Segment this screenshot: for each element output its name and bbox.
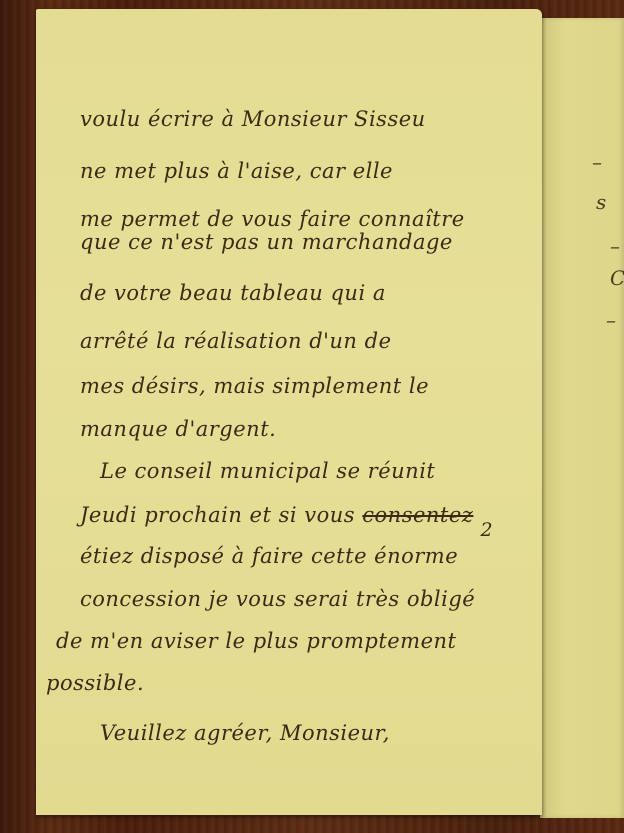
letter-line: manque d'argent. bbox=[80, 417, 276, 441]
letter-line: que ce n'est pas un marchandage bbox=[80, 230, 453, 254]
letter-line: étiez disposé à faire cette énorme bbox=[80, 544, 458, 568]
insertion-mark: 2 bbox=[481, 519, 494, 541]
fragment: C bbox=[610, 266, 624, 290]
letter-line: arrêté la réalisation d'un de bbox=[80, 329, 392, 353]
letter-line: concession je vous serai très obligé bbox=[80, 587, 475, 611]
letter-text: Jeudi prochain et si vous bbox=[80, 503, 355, 527]
letter-line: Le conseil municipal se réunit bbox=[100, 459, 435, 483]
letter-line: voulu écrire à Monsieur Sisseu bbox=[80, 107, 426, 131]
struck-out-word: consentez bbox=[362, 503, 473, 527]
letter-line: possible. bbox=[46, 671, 144, 695]
facing-page: – s – C – bbox=[540, 18, 624, 818]
fragment: s bbox=[596, 190, 606, 214]
letter-line: mes désirs, mais simplement le bbox=[80, 374, 429, 398]
fragment: – bbox=[592, 150, 602, 174]
closing-line: Veuillez agréer, Monsieur, bbox=[100, 721, 390, 745]
letter-line: de m'en aviser le plus promptement bbox=[56, 629, 457, 653]
letter-line: me permet de vous faire connaître bbox=[80, 207, 465, 231]
letter-line: de votre beau tableau qui a bbox=[80, 281, 386, 305]
letter-line: Jeudi prochain et si vous consentez 2 bbox=[80, 503, 493, 527]
fragment: – bbox=[610, 234, 620, 258]
letter-line: ne met plus à l'aise, car elle bbox=[80, 159, 393, 183]
fragment: – bbox=[606, 308, 616, 332]
letter-page: voulu écrire à Monsieur Sisseu ne met pl… bbox=[36, 9, 542, 815]
